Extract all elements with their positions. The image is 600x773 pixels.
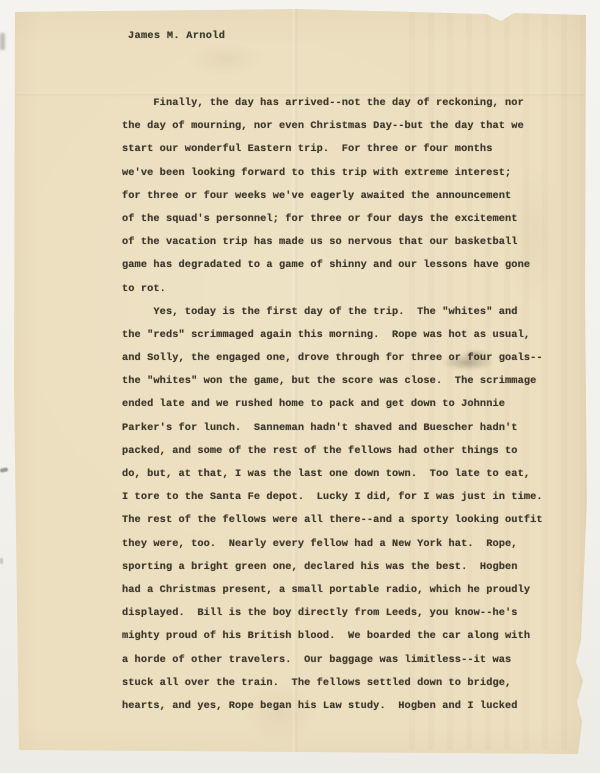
text-line: Parker's for lunch. Sanneman hadn't shav… — [122, 417, 562, 440]
text-line: we've been looking forward to this trip … — [122, 162, 562, 185]
text-line: sporting a bright green one, declared hi… — [122, 556, 562, 579]
text-line: to rot. — [122, 278, 562, 301]
scan-background: James M. Arnold Finally, the day has arr… — [0, 0, 600, 773]
text-line: I tore to the Santa Fe depot. Lucky I di… — [122, 486, 562, 509]
text-line: start our wonderful Eastern trip. For th… — [122, 138, 562, 161]
text-line: Yes, today is the first day of the trip.… — [122, 301, 562, 324]
pencil-mark — [0, 33, 5, 50]
text-line: of the vacation trip has made us so nerv… — [122, 231, 562, 254]
text-line: hearts, and yes, Rope began his Law stud… — [122, 695, 562, 718]
stain — [185, 42, 265, 76]
text-line: the day of mourning, nor even Christmas … — [122, 115, 562, 138]
document-page: James M. Arnold Finally, the day has arr… — [0, 0, 600, 773]
text-line: they were, too. Nearly every fellow had … — [122, 533, 562, 556]
pencil-mark — [0, 467, 8, 473]
text-line: stuck all over the train. The fellows se… — [122, 672, 562, 695]
text-line: packed, and some of the rest of the fell… — [122, 440, 562, 463]
text-line: displayed. Bill is the boy directly from… — [122, 602, 562, 625]
text-line: and Solly, the engaged one, drove throug… — [122, 347, 562, 370]
text-line: a horde of other travelers. Our baggage … — [122, 649, 562, 672]
text-line: mighty proud of his British blood. We bo… — [122, 625, 562, 648]
text-line: the "reds" scrimmaged again this morning… — [122, 324, 562, 347]
text-line: The rest of the fellows were all there--… — [122, 509, 562, 532]
author-name: James M. Arnold — [128, 30, 225, 42]
text-line: of the squad's personnel; for three or f… — [122, 208, 562, 231]
text-line: ended late and we rushed home to pack an… — [122, 393, 562, 416]
text-line: do, but, at that, I was the last one dow… — [122, 463, 562, 486]
text-line: game has degradated to a game of shinny … — [122, 254, 562, 277]
text-line: Finally, the day has arrived--not the da… — [122, 92, 562, 115]
text-line: had a Christmas present, a small portabl… — [122, 579, 562, 602]
text-line: for three or four weeks we've eagerly aw… — [122, 185, 562, 208]
document-text: Finally, the day has arrived--not the da… — [122, 92, 562, 718]
text-line: the "whites" won the game, but the score… — [122, 370, 562, 393]
pencil-mark — [0, 558, 3, 564]
